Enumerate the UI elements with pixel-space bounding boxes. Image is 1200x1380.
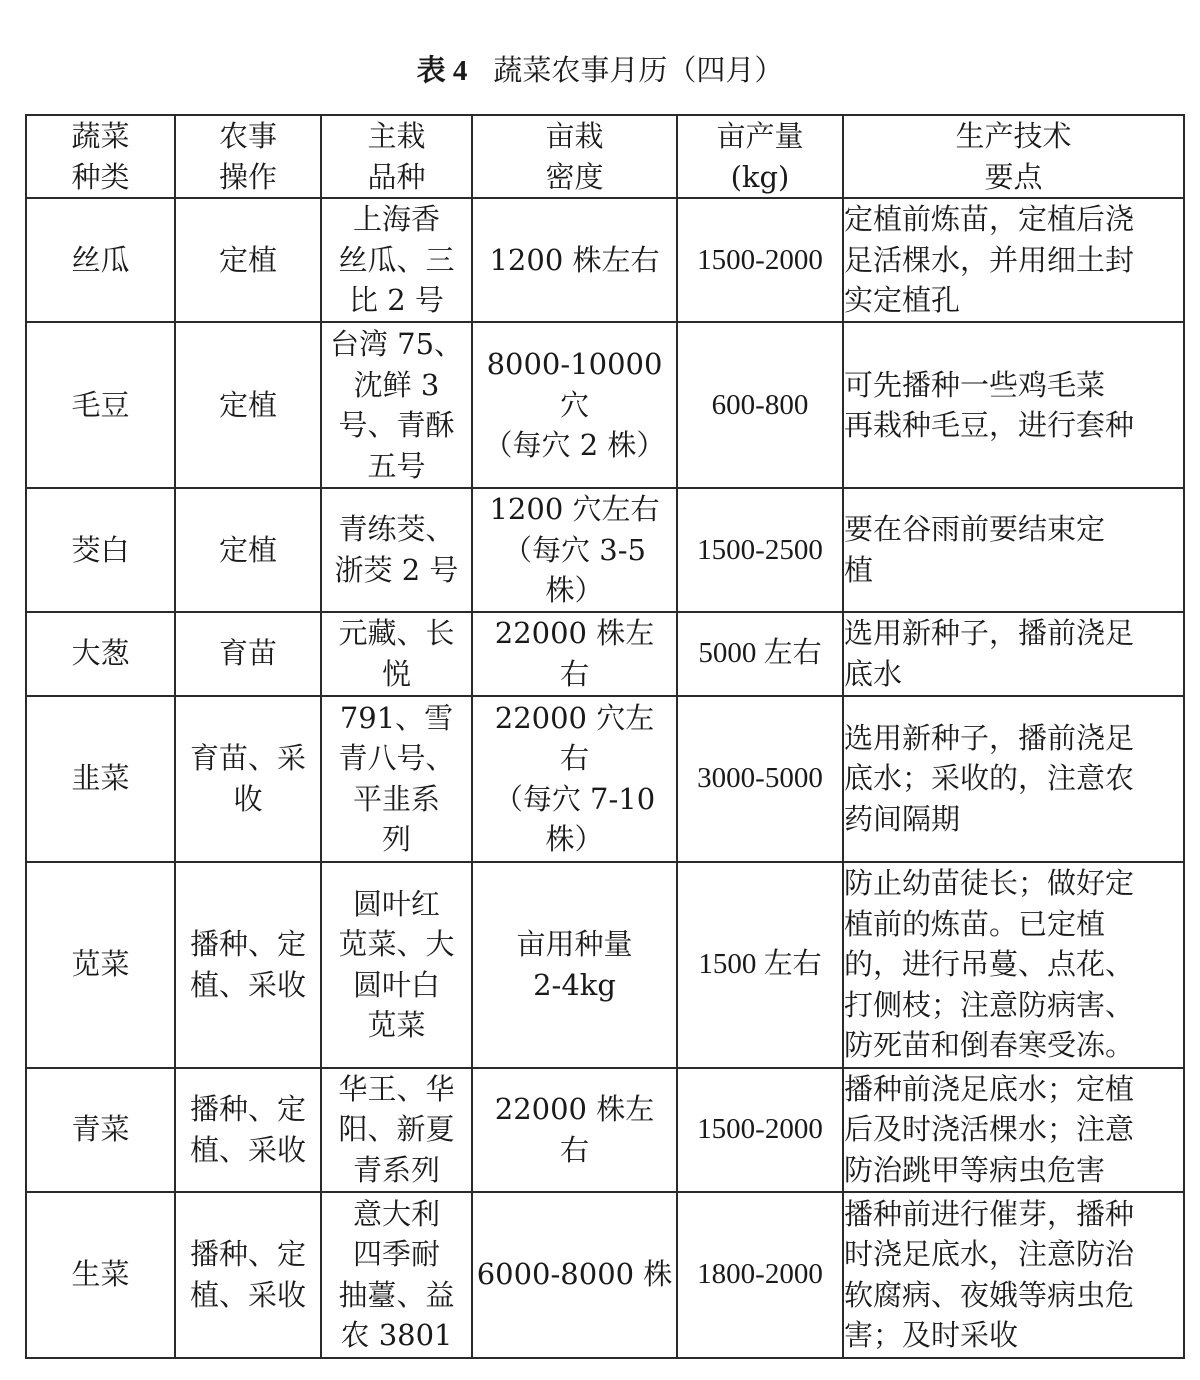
cell-line: 生菜 — [27, 1254, 174, 1295]
table-row: 大葱育苗元藏、长悦22000 株左右5000 左右选用新种子，播前浇足底水 — [26, 612, 1184, 696]
cell-line: 丝瓜、三 — [322, 240, 471, 281]
header-line: (kg) — [678, 157, 842, 198]
cell-line: 大葱 — [27, 633, 174, 674]
cell-line: 植、采收 — [176, 1130, 320, 1171]
cell-line: 1800-2000 — [678, 1254, 842, 1295]
cell-vegetable: 青菜 — [26, 1068, 175, 1192]
cell-operation: 育苗、采收 — [175, 696, 321, 862]
cell-line: 的，进行吊蔓、点花、 — [844, 944, 1183, 985]
cell-line: 右 — [473, 738, 676, 779]
cell-technical-points: 选用新种子，播前浇足底水 — [843, 612, 1184, 696]
cell-varieties: 上海香丝瓜、三比 2 号 — [321, 198, 472, 322]
cell-line: 苋菜 — [27, 944, 174, 985]
cell-line: 要在谷雨前要结束定 — [844, 509, 1183, 550]
cell-line: 右 — [473, 654, 676, 695]
cell-line: 害；及时采收 — [844, 1315, 1183, 1356]
cell-line: 收 — [176, 779, 320, 820]
cell-varieties: 意大利四季耐抽薹、益农 3801 — [321, 1192, 472, 1358]
cell-varieties: 元藏、长悦 — [321, 612, 472, 696]
cell-line: 可先播种一些鸡毛菜 — [844, 365, 1183, 406]
cell-yield: 1500 左右 — [677, 862, 843, 1068]
header-line: 农事 — [176, 116, 320, 157]
cell-line: 元藏、长 — [322, 613, 471, 654]
cell-yield: 3000-5000 — [677, 696, 843, 862]
header-main-varieties: 主栽品种 — [321, 115, 472, 198]
cell-line: 22000 株左 — [473, 1089, 676, 1130]
cell-yield: 1500-2000 — [677, 198, 843, 322]
cell-technical-points: 播种前进行催芽，播种时浇足底水，注意防治软腐病、夜娥等病虫危害；及时采收 — [843, 1192, 1184, 1358]
cell-yield: 5000 左右 — [677, 612, 843, 696]
cell-line: 6000-8000 株 — [473, 1254, 676, 1295]
header-technical-points: 生产技术要点 — [843, 115, 1184, 198]
cell-varieties: 台湾 75、沈鲜 3号、青酥五号 — [321, 322, 472, 488]
cell-line: 右 — [473, 1130, 676, 1171]
cell-technical-points: 可先播种一些鸡毛菜再栽种毛豆，进行套种 — [843, 322, 1184, 488]
cell-line: 播种、定 — [176, 924, 320, 965]
cell-line: 韭菜 — [27, 758, 174, 799]
cell-density: 22000 株左右 — [472, 612, 677, 696]
cell-operation: 定植 — [175, 488, 321, 612]
cell-line: 后及时浇活棵水；注意 — [844, 1109, 1183, 1150]
cell-line: 打侧枝；注意防病害、 — [844, 985, 1183, 1026]
cell-line: （每穴 7-10 — [473, 779, 676, 820]
cell-line: （每穴 2 株） — [473, 425, 676, 466]
header-yield: 亩产量(kg) — [677, 115, 843, 198]
cell-line: 植前的炼苗。已定植 — [844, 904, 1183, 945]
cell-line: 防死苗和倒春寒受冻。 — [844, 1025, 1183, 1066]
cell-density: 8000-10000穴（每穴 2 株） — [472, 322, 677, 488]
header-line: 种类 — [27, 157, 174, 198]
cell-line: 华王、华 — [322, 1069, 471, 1110]
cell-line: 播种前浇足底水；定植 — [844, 1069, 1183, 1110]
cell-line: 列 — [322, 819, 471, 860]
cell-line: 浙茭 2 号 — [322, 550, 471, 591]
header-line: 操作 — [176, 157, 320, 198]
cell-density: 亩用种量2-4kg — [472, 862, 677, 1068]
cell-operation: 定植 — [175, 198, 321, 322]
cell-vegetable: 毛豆 — [26, 322, 175, 488]
table-row: 毛豆定植台湾 75、沈鲜 3号、青酥五号8000-10000穴（每穴 2 株）6… — [26, 322, 1184, 488]
table-title: 蔬菜农事月历（四月） — [493, 53, 783, 87]
cell-vegetable: 韭菜 — [26, 696, 175, 862]
cell-density: 22000 株左右 — [472, 1068, 677, 1192]
vegetable-farming-calendar-table: 蔬菜种类农事操作主栽品种亩栽密度亩产量(kg)生产技术要点 丝瓜定植上海香丝瓜、… — [25, 114, 1185, 1359]
cell-yield: 1800-2000 — [677, 1192, 843, 1358]
cell-density: 22000 穴左右（每穴 7-10株） — [472, 696, 677, 862]
table-row: 苋菜播种、定植、采收圆叶红苋菜、大圆叶白苋菜亩用种量2-4kg1500 左右防止… — [26, 862, 1184, 1068]
cell-vegetable: 丝瓜 — [26, 198, 175, 322]
cell-line: 1200 穴左右 — [473, 489, 676, 530]
cell-line: 定植前炼苗，定植后浇 — [844, 199, 1183, 240]
cell-line: 上海香 — [322, 199, 471, 240]
cell-line: 沈鲜 3 — [322, 365, 471, 406]
cell-line: 毛豆 — [27, 385, 174, 426]
cell-line: 1200 株左右 — [473, 240, 676, 281]
header-vegetable-type: 蔬菜种类 — [26, 115, 175, 198]
cell-line: 台湾 75、 — [322, 324, 471, 365]
cell-line: 植、采收 — [176, 1275, 320, 1316]
cell-line: 8000-10000 — [473, 344, 676, 385]
cell-line: 圆叶白 — [322, 965, 471, 1006]
header-operation: 农事操作 — [175, 115, 321, 198]
cell-yield: 600-800 — [677, 322, 843, 488]
cell-line: 播种前进行催芽，播种 — [844, 1194, 1183, 1235]
cell-line: 防止幼苗徒长；做好定 — [844, 863, 1183, 904]
cell-technical-points: 要在谷雨前要结束定植 — [843, 488, 1184, 612]
cell-line: 1500-2500 — [678, 530, 842, 571]
cell-varieties: 圆叶红苋菜、大圆叶白苋菜 — [321, 862, 472, 1068]
cell-line: 圆叶红 — [322, 884, 471, 925]
cell-line: 药间隔期 — [844, 799, 1183, 840]
header-planting-density: 亩栽密度 — [472, 115, 677, 198]
cell-line: 青八号、 — [322, 738, 471, 779]
cell-line: 实定植孔 — [844, 280, 1183, 321]
cell-line: 平韭系 — [322, 779, 471, 820]
cell-line: （每穴 3-5 — [473, 530, 676, 571]
cell-line: 底水；采收的，注意农 — [844, 758, 1183, 799]
table-row: 青菜播种、定植、采收华王、华阳、新夏青系列22000 株左右1500-2000播… — [26, 1068, 1184, 1192]
cell-line: 2-4kg — [473, 965, 676, 1006]
cell-technical-points: 防止幼苗徒长；做好定植前的炼苗。已定植的，进行吊蔓、点花、打侧枝；注意防病害、防… — [843, 862, 1184, 1068]
cell-vegetable: 苋菜 — [26, 862, 175, 1068]
cell-varieties: 791、雪青八号、平韭系列 — [321, 696, 472, 862]
cell-operation: 播种、定植、采收 — [175, 862, 321, 1068]
cell-operation: 播种、定植、采收 — [175, 1068, 321, 1192]
table-caption: 表 4蔬菜农事月历（四月） — [0, 48, 1200, 93]
table-row: 茭白定植青练茭、浙茭 2 号1200 穴左右（每穴 3-5株）1500-2500… — [26, 488, 1184, 612]
cell-line: 育苗、采 — [176, 738, 320, 779]
cell-yield: 1500-2000 — [677, 1068, 843, 1192]
cell-technical-points: 选用新种子，播前浇足底水；采收的，注意农药间隔期 — [843, 696, 1184, 862]
header-line: 蔬菜 — [27, 116, 174, 157]
cell-line: 比 2 号 — [322, 280, 471, 321]
header-line: 亩栽 — [473, 116, 676, 157]
cell-line: 软腐病、夜娥等病虫危 — [844, 1275, 1183, 1316]
cell-density: 1200 株左右 — [472, 198, 677, 322]
cell-line: 播种、定 — [176, 1234, 320, 1275]
cell-line: 农 3801 — [322, 1315, 471, 1356]
header-line: 生产技术 — [844, 116, 1183, 157]
cell-line: 1500-2000 — [678, 1109, 842, 1150]
cell-yield: 1500-2500 — [677, 488, 843, 612]
cell-line: 1500 左右 — [678, 944, 842, 985]
cell-line: 足活棵水，并用细土封 — [844, 240, 1183, 281]
table-body: 丝瓜定植上海香丝瓜、三比 2 号1200 株左右1500-2000定植前炼苗，定… — [26, 198, 1184, 1358]
cell-line: 防治跳甲等病虫危害 — [844, 1150, 1183, 1191]
table-row: 生菜播种、定植、采收意大利四季耐抽薹、益农 38016000-8000 株180… — [26, 1192, 1184, 1358]
cell-line: 抽薹、益 — [322, 1275, 471, 1316]
cell-line: 四季耐 — [322, 1234, 471, 1275]
cell-operation: 定植 — [175, 322, 321, 488]
cell-line: 3000-5000 — [678, 758, 842, 799]
cell-line: 苋菜 — [322, 1005, 471, 1046]
cell-vegetable: 大葱 — [26, 612, 175, 696]
cell-line: 青系列 — [322, 1150, 471, 1191]
cell-varieties: 华王、华阳、新夏青系列 — [321, 1068, 472, 1192]
cell-line: 茭白 — [27, 530, 174, 571]
cell-line: 定植 — [176, 240, 320, 281]
header-line: 密度 — [473, 157, 676, 198]
cell-operation: 播种、定植、采收 — [175, 1192, 321, 1358]
table-row: 韭菜育苗、采收791、雪青八号、平韭系列22000 穴左右（每穴 7-10株）3… — [26, 696, 1184, 862]
header-line: 要点 — [844, 157, 1183, 198]
cell-line: 5000 左右 — [678, 633, 842, 674]
cell-technical-points: 播种前浇足底水；定植后及时浇活棵水；注意防治跳甲等病虫危害 — [843, 1068, 1184, 1192]
header-line: 亩产量 — [678, 116, 842, 157]
cell-line: 苋菜、大 — [322, 924, 471, 965]
cell-line: 22000 穴左 — [473, 698, 676, 739]
cell-line: 青练茭、 — [322, 509, 471, 550]
cell-density: 1200 穴左右（每穴 3-5株） — [472, 488, 677, 612]
cell-line: 再栽种毛豆，进行套种 — [844, 405, 1183, 446]
cell-line: 植 — [844, 550, 1183, 591]
cell-line: 号、青酥 — [322, 405, 471, 446]
cell-vegetable: 茭白 — [26, 488, 175, 612]
cell-line: 意大利 — [322, 1194, 471, 1235]
cell-line: 植、采收 — [176, 965, 320, 1006]
cell-operation: 育苗 — [175, 612, 321, 696]
cell-line: 600-800 — [678, 385, 842, 426]
cell-technical-points: 定植前炼苗，定植后浇足活棵水，并用细土封实定植孔 — [843, 198, 1184, 322]
cell-line: 定植 — [176, 385, 320, 426]
cell-line: 育苗 — [176, 633, 320, 674]
cell-line: 底水 — [844, 654, 1183, 695]
cell-varieties: 青练茭、浙茭 2 号 — [321, 488, 472, 612]
cell-line: 选用新种子，播前浇足 — [844, 613, 1183, 654]
header-row: 蔬菜种类农事操作主栽品种亩栽密度亩产量(kg)生产技术要点 — [26, 115, 1184, 198]
cell-vegetable: 生菜 — [26, 1192, 175, 1358]
cell-line: 亩用种量 — [473, 924, 676, 965]
cell-line: 定植 — [176, 530, 320, 571]
cell-line: 悦 — [322, 654, 471, 695]
cell-line: 株） — [473, 819, 676, 860]
cell-line: 穴 — [473, 385, 676, 426]
cell-line: 1500-2000 — [678, 240, 842, 281]
cell-density: 6000-8000 株 — [472, 1192, 677, 1358]
cell-line: 选用新种子，播前浇足 — [844, 718, 1183, 759]
cell-line: 791、雪 — [322, 698, 471, 739]
cell-line: 播种、定 — [176, 1089, 320, 1130]
cell-line: 阳、新夏 — [322, 1109, 471, 1150]
cell-line: 株） — [473, 570, 676, 611]
cell-line: 青菜 — [27, 1109, 174, 1150]
cell-line: 22000 株左 — [473, 613, 676, 654]
header-line: 品种 — [322, 157, 471, 198]
cell-line: 丝瓜 — [27, 240, 174, 281]
header-line: 主栽 — [322, 116, 471, 157]
table-number: 表 4 — [417, 55, 468, 87]
cell-line: 时浇足底水，注意防治 — [844, 1234, 1183, 1275]
table-row: 丝瓜定植上海香丝瓜、三比 2 号1200 株左右1500-2000定植前炼苗，定… — [26, 198, 1184, 322]
cell-line: 五号 — [322, 446, 471, 487]
